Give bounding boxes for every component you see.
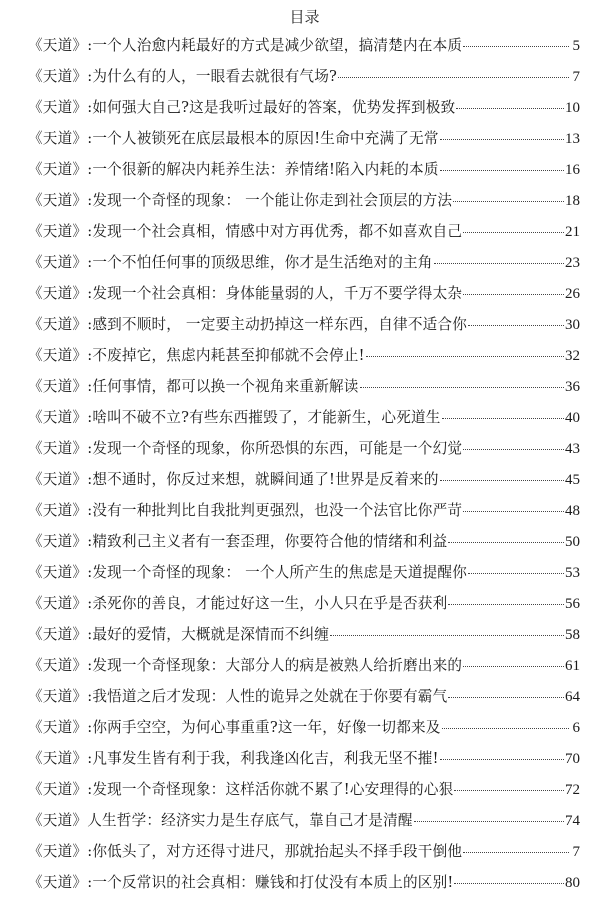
toc-entry-title: 《天道》:一个反常识的社会真相：赚钱和打仗没有本质上的区别! [28,872,453,894]
toc-entry[interactable]: 《天道》:不废掉它，焦虑内耗甚至抑郁就不会停止! 32 [28,345,580,376]
dot-leader [414,820,564,822]
toc-entry[interactable]: 《天道》:发现一个奇怪现象：这样活你就不累了!心安理得的心狠 72 [28,779,580,810]
toc-entry-title: 《天道》:任何事情，都可以换一个视角来重新解读 [28,376,359,398]
toc-entry[interactable]: 《天道》:任何事情，都可以换一个视角来重新解读 36 [28,376,580,407]
dot-leader [454,882,564,884]
table-of-contents: 《天道》:一个人治愈内耗最好的方式是减少欲望，搞清楚内在本质 5 《天道》:为什… [28,35,580,903]
dot-leader [338,76,569,78]
toc-entry[interactable]: 《天道》:一个很新的解决内耗养生法：养情绪!陷入内耗的本质 16 [28,159,580,190]
toc-entry[interactable]: 《天道》:发现一个社会真相，情感中对方再优秀，都不如喜欢自己 21 [28,221,580,252]
toc-page-number: 43 [565,438,580,460]
toc-entry-title: 《天道》:凡事发生皆有利于我，利我逢凶化吉，利我无坚不摧! [28,748,439,770]
dot-leader [463,665,564,667]
dot-leader [440,479,564,481]
toc-page-number: 10 [565,97,580,119]
dot-leader [330,634,564,636]
dot-leader [440,169,564,171]
toc-page-number: 23 [565,252,580,274]
dot-leader [463,293,564,295]
toc-entry[interactable]: 《天道》人生哲学：经济实力是生存底气，靠自己才是清醒 74 [28,810,580,841]
dot-leader [463,45,569,47]
toc-entry[interactable]: 《天道》:精致利己主义者有一套歪理，你要符合他的情绪和利益 50 [28,531,580,562]
dot-leader [366,355,564,357]
toc-page-number: 61 [565,655,580,677]
toc-page-number: 30 [565,314,580,336]
toc-entry-title: 《天道》:发现一个奇怪的现象： 一个能让你走到社会顶层的方法 [28,190,452,212]
toc-page-number: 32 [565,345,580,367]
toc-entry-title: 《天道》:你两手空空，为何心事重重?这一年，好像一切都来及 [28,717,441,739]
toc-entry[interactable]: 《天道》:啥叫不破不立?有些东西摧毁了，才能新生，心死道生 40 [28,407,580,438]
toc-entry-title: 《天道》:一个人被锁死在底层最根本的原因!生命中充满了无常 [28,128,439,150]
toc-page-number: 80 [565,872,580,894]
dot-leader [434,262,564,264]
dot-leader [448,696,564,698]
toc-entry-title: 《天道》:感到不顺时， 一定要主动扔掉这一样东西，自律不适合你 [28,314,467,336]
toc-page-number: 7 [570,841,580,863]
toc-entry[interactable]: 《天道》:一个反常识的社会真相：赚钱和打仗没有本质上的区别! 80 [28,872,580,903]
toc-entry[interactable]: 《天道》:想不通时，你反过来想，就瞬间通了!世界是反着来的 45 [28,469,580,500]
toc-entry-title: 《天道》:啥叫不破不立?有些东西摧毁了，才能新生，心死道生 [28,407,441,429]
toc-entry-title: 《天道》:不废掉它，焦虑内耗甚至抑郁就不会停止! [28,345,365,367]
dot-leader [468,324,564,326]
dot-leader [440,758,564,760]
toc-page-number: 48 [565,500,580,522]
toc-entry[interactable]: 《天道》:你低头了，对方还得寸进尺，那就抬起头不择手段干倒他 7 [28,841,580,872]
toc-entry-title: 《天道》:没有一种批判比自我批判更强烈，也没一个法官比你严苛 [28,500,462,522]
toc-entry[interactable]: 《天道》:感到不顺时， 一定要主动扔掉这一样东西，自律不适合你 30 [28,314,580,345]
dot-leader [463,448,564,450]
toc-page-number: 45 [565,469,580,491]
dot-leader [468,572,564,574]
dot-leader [448,603,564,605]
dot-leader [454,789,564,791]
toc-entry[interactable]: 《天道》:一个不怕任何事的顶级思维，你才是生活绝对的主角 23 [28,252,580,283]
toc-page-number: 5 [570,35,580,57]
dot-leader [442,417,564,419]
toc-entry[interactable]: 《天道》:没有一种批判比自我批判更强烈，也没一个法官比你严苛 48 [28,500,580,531]
toc-entry[interactable]: 《天道》:发现一个奇怪的现象，你所恐惧的东西，可能是一个幻觉 43 [28,438,580,469]
dot-leader [448,541,564,543]
toc-entry[interactable]: 《天道》:最好的爱情，大概就是深情而不纠缠 58 [28,624,580,655]
toc-page-number: 56 [565,593,580,615]
toc-page-number: 40 [565,407,580,429]
dot-leader [456,107,564,109]
toc-entry-title: 《天道》:一个人治愈内耗最好的方式是减少欲望，搞清楚内在本质 [28,35,462,57]
toc-entry-title: 《天道》:发现一个社会真相：身体能量弱的人，千万不要学得太杂 [28,283,462,305]
toc-entry-title: 《天道》:如何强大自己?这是我听过最好的答案，优势发挥到极致 [28,97,455,119]
toc-entry[interactable]: 《天道》:我悟道之后才发现：人性的诡异之处就在于你要有霸气 64 [28,686,580,717]
toc-page-number: 72 [565,779,580,801]
toc-entry[interactable]: 《天道》:一个人治愈内耗最好的方式是减少欲望，搞清楚内在本质 5 [28,35,580,66]
toc-page-number: 6 [570,717,580,739]
toc-page-number: 21 [565,221,580,243]
toc-page-number: 74 [565,810,580,832]
toc-page-number: 53 [565,562,580,584]
dot-leader [463,851,569,853]
toc-entry[interactable]: 《天道》:一个人被锁死在底层最根本的原因!生命中充满了无常 13 [28,128,580,159]
toc-entry[interactable]: 《天道》:发现一个奇怪的现象： 一个人所产生的焦虑是天道提醒你 53 [28,562,580,593]
toc-entry[interactable]: 《天道》:发现一个社会真相：身体能量弱的人，千万不要学得太杂 26 [28,283,580,314]
dot-leader [463,510,564,512]
toc-entry-title: 《天道》:最好的爱情，大概就是深情而不纠缠 [28,624,329,646]
toc-entry-title: 《天道》:发现一个社会真相，情感中对方再优秀，都不如喜欢自己 [28,221,462,243]
toc-entry[interactable]: 《天道》:你两手空空，为何心事重重?这一年，好像一切都来及 6 [28,717,580,748]
dot-leader [442,727,569,729]
toc-entry-title: 《天道》:发现一个奇怪的现象： 一个人所产生的焦虑是天道提醒你 [28,562,467,584]
toc-entry-title: 《天道》人生哲学：经济实力是生存底气，靠自己才是清醒 [28,810,413,832]
toc-page-number: 58 [565,624,580,646]
toc-page-number: 16 [565,159,580,181]
toc-entry-title: 《天道》:精致利己主义者有一套歪理，你要符合他的情绪和利益 [28,531,447,553]
dot-leader [453,200,564,202]
toc-entry[interactable]: 《天道》:发现一个奇怪现象：大部分人的病是被熟人给折磨出来的 61 [28,655,580,686]
toc-entry-title: 《天道》:杀死你的善良，才能过好这一生，小人只在乎是否获利 [28,593,447,615]
toc-entry-title: 《天道》:发现一个奇怪的现象，你所恐惧的东西，可能是一个幻觉 [28,438,462,460]
toc-entry-title: 《天道》:一个不怕任何事的顶级思维，你才是生活绝对的主角 [28,252,433,274]
dot-leader [440,138,564,140]
toc-entry[interactable]: 《天道》:如何强大自己?这是我听过最好的答案，优势发挥到极致 10 [28,97,580,128]
toc-entry[interactable]: 《天道》:为什么有的人，一眼看去就很有气场? 7 [28,66,580,97]
toc-entry[interactable]: 《天道》:凡事发生皆有利于我，利我逢凶化吉，利我无坚不摧! 70 [28,748,580,779]
toc-page-number: 70 [565,748,580,770]
dot-leader [360,386,564,388]
toc-page-number: 64 [565,686,580,708]
toc-page-number: 50 [565,531,580,553]
toc-page-number: 7 [570,66,580,88]
toc-page-number: 18 [565,190,580,212]
toc-entry[interactable]: 《天道》:杀死你的善良，才能过好这一生，小人只在乎是否获利 56 [28,593,580,624]
toc-entry-title: 《天道》:一个很新的解决内耗养生法：养情绪!陷入内耗的本质 [28,159,439,181]
toc-entry[interactable]: 《天道》:发现一个奇怪的现象： 一个能让你走到社会顶层的方法 18 [28,190,580,221]
toc-entry-title: 《天道》:想不通时，你反过来想，就瞬间通了!世界是反着来的 [28,469,439,491]
toc-page-number: 36 [565,376,580,398]
toc-entry-title: 《天道》:你低头了，对方还得寸进尺，那就抬起头不择手段干倒他 [28,841,462,863]
toc-page-number: 13 [565,128,580,150]
dot-leader [463,231,564,233]
toc-entry-title: 《天道》:为什么有的人，一眼看去就很有气场? [28,66,337,88]
toc-entry-title: 《天道》:发现一个奇怪现象：这样活你就不累了!心安理得的心狠 [28,779,453,801]
toc-title: 目录 [0,6,609,28]
toc-page-number: 26 [565,283,580,305]
toc-entry-title: 《天道》:我悟道之后才发现：人性的诡异之处就在于你要有霸气 [28,686,447,708]
toc-entry-title: 《天道》:发现一个奇怪现象：大部分人的病是被熟人给折磨出来的 [28,655,462,677]
